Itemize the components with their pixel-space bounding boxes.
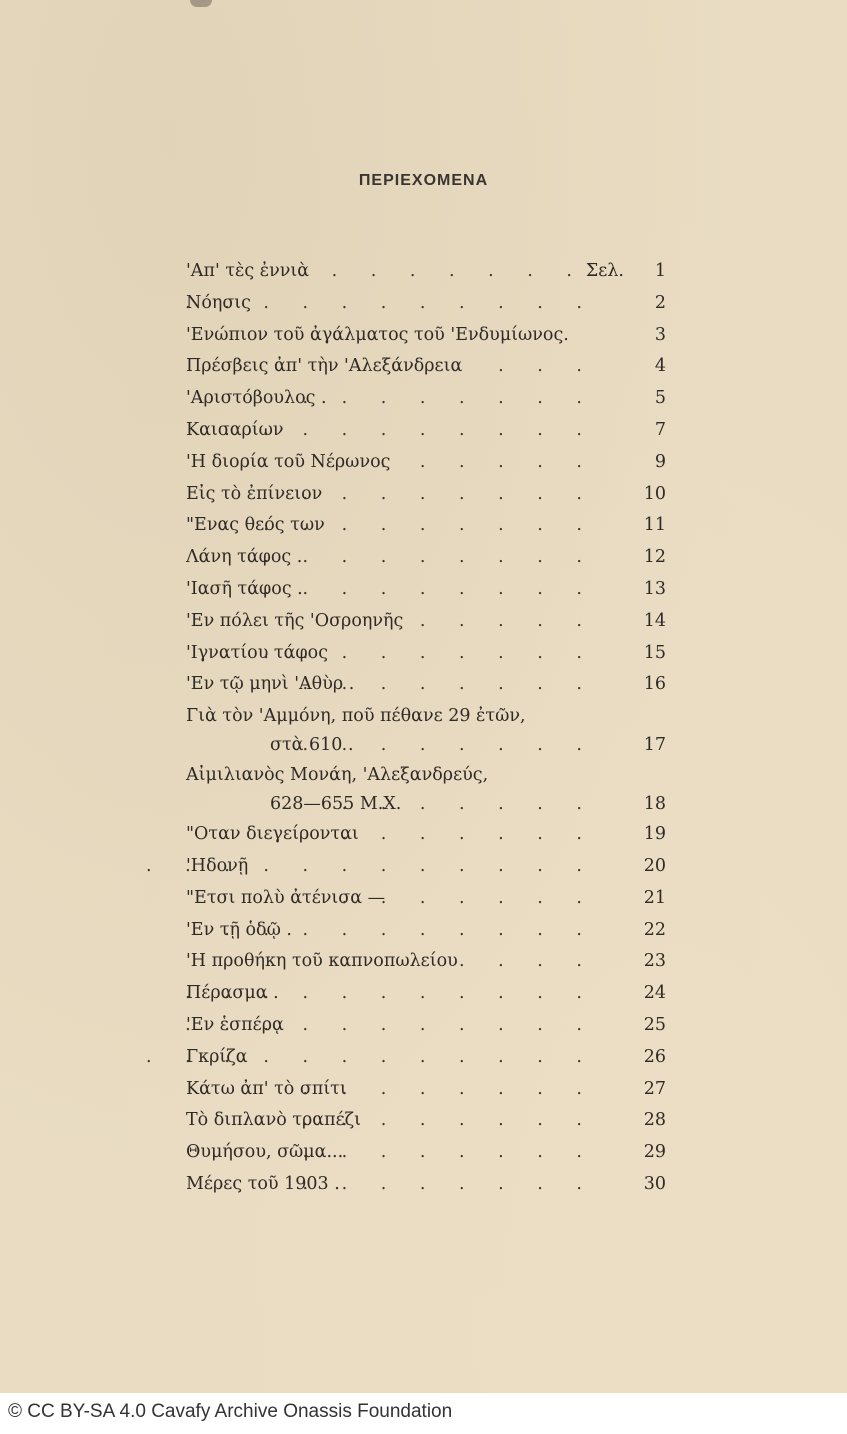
page-column-label: Σελ. <box>586 256 624 288</box>
toc-entry: Κάτω ἀπ' τὸ σπίτι . . . . . . . . 27 <box>186 1074 666 1106</box>
toc-leader-dots: . . . . . . . . . <box>263 510 596 542</box>
toc-entry-page: 30 <box>626 1169 666 1201</box>
toc-entry-page: 26 <box>626 1042 666 1074</box>
toc-entry-page: 22 <box>626 915 666 947</box>
toc-entry-page: 7 <box>626 415 666 447</box>
toc-leader-dots: . . . . . . . . <box>303 383 596 415</box>
toc-entry: 'Εν ἑσπέρᾳ . . . . . . . . . . . 25 <box>186 1010 666 1042</box>
toc-leader-dots: . . . . . . . . . . <box>224 415 596 447</box>
toc-entry-page: 12 <box>626 542 666 574</box>
toc-leader-dots: . . . . . . . . . <box>263 542 596 574</box>
toc-entry: "Ενας θεός των . . . . . . . . . 11 <box>186 510 666 542</box>
toc-entry: Νόησις . . . . . . . . . . . 2 <box>186 288 666 320</box>
toc-entry: 'Απ' τὲς ἐννιὰ . . . . . . . Σελ. 1 <box>186 256 666 288</box>
toc-entry-title: 'Ενώπιον τοῦ ἀγάλματος τοῦ 'Ενδυμίωνος. <box>186 320 569 352</box>
toc-entry-page: 9 <box>626 447 666 479</box>
toc-entry: 'Ιασῆ τάφος . . . . . . . . . . 13 <box>186 574 666 606</box>
toc-leader-dots: . . . . . . . . . . <box>224 915 596 947</box>
toc-entry-page: 17 <box>626 730 666 762</box>
toc-leader-dots: . . . . . . . . . <box>263 638 596 670</box>
toc-entry-title: 'Εν πόλει τῆς 'Οσροηνῆς <box>186 606 403 638</box>
toc-leader-dots: . . . . <box>459 946 596 978</box>
toc-entry-title: "Οταν διεγείρονται <box>186 819 359 851</box>
toc-leader-dots: . . . . . . . . . . . <box>185 1010 596 1042</box>
page-tab-mark <box>190 0 212 7</box>
toc-leader-dots: . . . . . <box>420 606 596 638</box>
toc-leader-dots: . . . . . . . . <box>303 1074 596 1106</box>
toc-leader-dots: . . . . . . . <box>342 883 596 915</box>
toc-leader-dots: . . . . . . . . . . . . <box>146 1042 596 1074</box>
toc-entry: "Ετσι πολὺ ἀτένισα — . . . . . . . 21 <box>186 883 666 915</box>
toc-entry-page: 1 <box>626 256 666 288</box>
toc-entry-page: 10 <box>626 479 666 511</box>
toc-entry-page: 23 <box>626 946 666 978</box>
toc-entry: Λάνη τάφος . . . . . . . . . . 12 <box>186 542 666 574</box>
toc-entry-title: 'Απ' τὲς ἐννιὰ <box>186 256 309 288</box>
toc-entry-page: 14 <box>626 606 666 638</box>
scanned-page: ΠΕΡΙΕΧΟΜΕΝΑ 'Απ' τὲς ἐννιὰ . . . . . . .… <box>0 0 847 1393</box>
toc-entry-page: 15 <box>626 638 666 670</box>
toc-entry-page: 13 <box>626 574 666 606</box>
toc-entry-title: Αἰμιλιανὸς Μονάη, 'Αλεξανδρεύς, <box>186 760 488 792</box>
toc-heading: ΠΕΡΙΕΧΟΜΕΝΑ <box>0 172 847 190</box>
toc-entry: 'Εν τῷ μηνὶ 'Αθὺρ . . . . . . . . . 16 <box>186 669 666 701</box>
toc-entry: 'Ηδονῇ . . . . . . . . . . . . 20 <box>186 851 666 883</box>
toc-entry-page: 21 <box>626 883 666 915</box>
toc-entry: Αἰμιλιανὸς Μονάη, 'Αλεξανδρεύς, 628—655 … <box>186 760 666 819</box>
toc-entry-page: 28 <box>626 1105 666 1137</box>
toc-entry: 'Η προθήκη τοῦ καπνοπωλείου . . . . 23 <box>186 946 666 978</box>
toc-entry-page: 3 <box>626 320 666 352</box>
toc-entry: Θυμήσου, σῶμα... . . . . . . . . 29 <box>186 1137 666 1169</box>
toc-leader-dots: . . . . . . . <box>332 256 586 288</box>
toc-entry-title: 'Η διορία τοῦ Νέρωνος <box>186 447 390 479</box>
toc-entry: "Οταν διεγείρονται . . . . . . . 19 <box>186 819 666 851</box>
toc-entry: Πέρασμα . . . . . . . . . . . . 24 <box>186 978 666 1010</box>
toc-entry-title: Πρέσβεις ἀπ' τὴν 'Αλεξάνδρεια <box>186 351 462 383</box>
toc-entry: Καισαρίων . . . . . . . . . . 7 <box>186 415 666 447</box>
toc-entry: Εἰς τὸ ἐπίνειον . . . . . . . . 10 <box>186 479 666 511</box>
license-caption: © CC BY-SA 4.0 Cavafy Archive Onassis Fo… <box>8 1401 452 1423</box>
toc-entry-page: 20 <box>626 851 666 883</box>
toc-entry-page: 18 <box>626 789 666 821</box>
toc-entry-page: 2 <box>626 288 666 320</box>
toc-entry: 'Ενώπιον τοῦ ἀγάλματος τοῦ 'Ενδυμίωνος. … <box>186 320 666 352</box>
toc-entry-page: 5 <box>626 383 666 415</box>
toc-entry-title: Γιὰ τὸν 'Αμμόνη, ποῦ πέθανε 29 ἐτῶν, <box>186 701 526 733</box>
toc-leader-dots: . . . . . . . . . . . <box>185 288 596 320</box>
toc-entry-page: 11 <box>626 510 666 542</box>
toc-leader-dots: . . . . . . . . <box>303 730 596 762</box>
toc-entry: Μέρες τοῦ 1903 . . . . . . . . . 30 <box>186 1169 666 1201</box>
toc-entry: 'Εν τῇ ὁδῷ . . . . . . . . . . . 22 <box>186 915 666 947</box>
toc-entry: 'Ιγνατίου τάφος . . . . . . . . . 15 <box>186 638 666 670</box>
table-of-contents: 'Απ' τὲς ἐννιὰ . . . . . . . Σελ. 1 Νόησ… <box>186 256 666 1201</box>
toc-entry: 'Αριστόβουλος . . . . . . . . . 5 <box>186 383 666 415</box>
toc-entry: Πρέσβεις ἀπ' τὴν 'Αλεξάνδρεια . . . 4 <box>186 351 666 383</box>
toc-entry-page: 16 <box>626 669 666 701</box>
toc-entry-page: 24 <box>626 978 666 1010</box>
toc-entry: 'Η διορία τοῦ Νέρωνος . . . . . . 9 <box>186 447 666 479</box>
toc-leader-dots: . . . . . . . . <box>303 1105 596 1137</box>
toc-leader-dots: . . . . . . . <box>342 789 596 821</box>
toc-leader-dots: . . . . . . . . <box>303 1169 596 1201</box>
toc-leader-dots: . . . . . . . <box>342 819 596 851</box>
toc-leader-dots: . . . . . . . . <box>303 479 596 511</box>
toc-entry: Γκρίζα . . . . . . . . . . . . 26 <box>186 1042 666 1074</box>
toc-entry-title: 'Η προθήκη τοῦ καπνοπωλείου <box>186 946 458 978</box>
toc-leader-dots: . . . . . . . . . <box>263 574 596 606</box>
toc-entry: Γιὰ τὸν 'Αμμόνη, ποῦ πέθανε 29 ἐτῶν, στὰ… <box>186 701 666 760</box>
toc-entry-page: 19 <box>626 819 666 851</box>
toc-entry-page: 29 <box>626 1137 666 1169</box>
toc-entry-page: 27 <box>626 1074 666 1106</box>
toc-leader-dots: . . . . . . <box>381 447 596 479</box>
toc-leader-dots: . . . <box>498 351 596 383</box>
toc-leader-dots: . . . . . . . . <box>303 1137 596 1169</box>
toc-entry: 'Εν πόλει τῆς 'Οσροηνῆς . . . . . 14 <box>186 606 666 638</box>
toc-entry-page: 25 <box>626 1010 666 1042</box>
toc-leader-dots: . . . . . . . . . . . . <box>146 851 596 883</box>
toc-leader-dots: . . . . . . . . <box>303 669 596 701</box>
toc-entry: Τὸ διπλανὸ τραπέζι . . . . . . . . 28 <box>186 1105 666 1137</box>
toc-entry-page: 4 <box>626 351 666 383</box>
toc-leader-dots: . . . . . . . . . . . <box>185 978 596 1010</box>
